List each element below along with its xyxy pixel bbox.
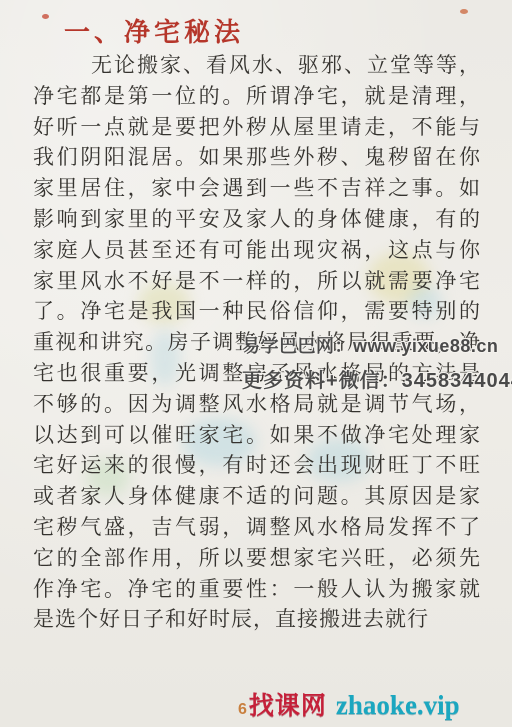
ink-speck [42, 14, 49, 19]
page-number: 6 [238, 701, 247, 719]
text-line: 宅也很重要，光调整房子风水格局的方法是 [33, 359, 481, 390]
text-line: 作净宅。净宅的重要性：一般人认为搬家就 [33, 575, 481, 606]
section-title: 一、净宅秘法 [64, 12, 244, 49]
text-line: 宅好运来的很慢，有时还会出现财旺丁不旺 [33, 451, 481, 482]
handwritten-body-text: 无论搬家、看风水、驱邪、立堂等等，净宅都是第一位的。所谓净宅，就是清理，好听一点… [33, 51, 481, 636]
text-line: 它的全部作用，所以要想家宅兴旺，必须先 [33, 544, 481, 575]
zhaoke-site-url: zhaoke.vip [336, 690, 460, 721]
zhaoke-site-name: 找课网 [249, 686, 327, 722]
text-line: 家庭人员甚至还有可能出现灾祸，这点与你 [33, 236, 481, 267]
ink-speck [460, 9, 468, 14]
text-line: 我们阴阳混居。如果那些外秽、鬼秽留在你 [33, 143, 481, 174]
text-line: 无论搬家、看风水、驱邪、立堂等等， [33, 51, 481, 82]
text-line: 好听一点就是要把外秽从屋里请走，不能与 [33, 113, 481, 144]
scanned-document-page: 一、净宅秘法 无论搬家、看风水、驱邪、立堂等等，净宅都是第一位的。所谓净宅，就是… [0, 0, 512, 727]
text-line: 净宅都是第一位的。所谓净宅，就是清理， [33, 82, 481, 113]
text-line: 不够的。因为调整风水格局就是调节气场， [33, 390, 481, 421]
text-line: 以达到可以催旺家宅。如果不做净宅处理家 [33, 421, 481, 452]
text-line: 影响到家里的平安及家人的身体健康，有的 [33, 205, 481, 236]
text-line: 家里居住，家中会遇到一些不吉祥之事。如 [33, 174, 481, 205]
footer-watermark: 6 找课网 zhaoke.vip [238, 686, 460, 722]
text-line: 重视和讲究。房子调整好风水格局很重要，净 [33, 328, 481, 359]
text-line: 了。净宅是我国一种民俗信仰，需要特别的 [33, 297, 481, 328]
text-line: 家里风水不好是不一样的，所以就需要净宅 [33, 267, 481, 298]
text-line: 宅秽气盛，吉气弱，调整风水格局发挥不了 [33, 513, 481, 544]
text-line: 是选个好日子和好时辰，直接搬进去就行 [33, 605, 481, 636]
text-line: 或者家人身体健康不适的问题。其原因是家 [33, 482, 481, 513]
